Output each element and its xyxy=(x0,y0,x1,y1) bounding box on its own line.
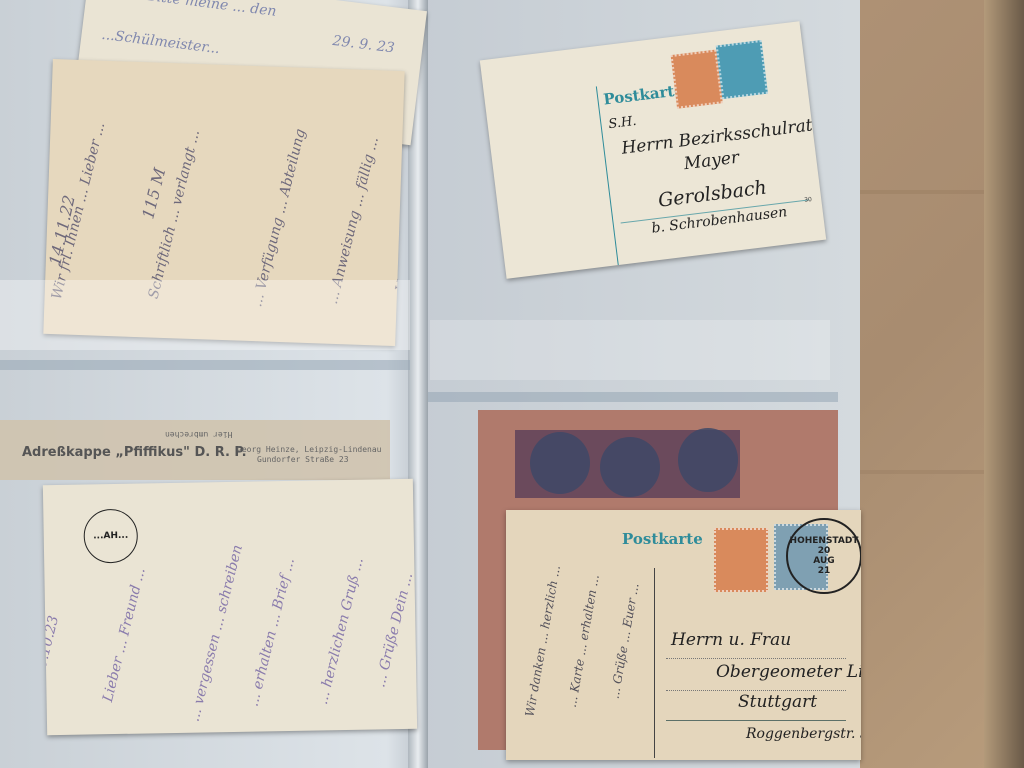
handwriting: ... Grüße ... Euer ... xyxy=(604,581,646,700)
handwriting: ... Grüße Dein ... xyxy=(369,570,417,689)
sleeve-divider xyxy=(0,360,410,370)
address-line: Roggenbergstr. 3 II xyxy=(746,726,861,742)
box-edge xyxy=(984,0,1024,768)
stamp-orange xyxy=(671,50,723,109)
address-underline xyxy=(666,720,846,721)
card-date: 29. 9. 23 xyxy=(331,30,396,59)
postmark xyxy=(530,432,590,494)
postkarte-title: Postkarte xyxy=(622,530,703,548)
address-line: Mayer xyxy=(683,148,740,175)
sleeve-glare xyxy=(0,280,410,350)
postmark: ...AH... xyxy=(83,509,138,564)
postcard-bottom-left: ...AH... 10.10.23 Lieber ... Freund ... … xyxy=(43,479,417,735)
label-publisher-line1: Georg Heinze, Leipzig-Lindenau xyxy=(237,445,382,455)
handwriting: Lieber ... Freund ... xyxy=(97,565,152,704)
postmark-year: 21 xyxy=(818,566,831,576)
address-line: Obergeometer Lieb xyxy=(716,662,861,682)
stamp-orange xyxy=(714,528,768,592)
handwriting: Wir danken ... herzlich ... xyxy=(519,563,567,718)
address-line: Stuttgart xyxy=(738,692,817,712)
divider-line xyxy=(596,86,619,265)
postkarte-title: Postkarte xyxy=(602,81,684,109)
label-title: Adreßkappe „Pfiffikus" D. R. P. xyxy=(22,445,247,460)
label-publisher: Georg Heinze, Leipzig-Lindenau Gundorfer… xyxy=(237,445,382,465)
sleeve-glare xyxy=(430,320,830,380)
postmark-town: HOHENSTADT xyxy=(790,536,859,546)
label-mirrored-text: Hier umbrechen xyxy=(165,430,232,439)
sleeve-divider xyxy=(428,392,838,402)
handwriting: ... Karte ... erhalten ... xyxy=(561,573,606,709)
address-line: S.H. xyxy=(608,114,638,132)
handwriting: Bitte meine ... den xyxy=(145,0,277,23)
label-publisher-line2: Gundorfer Straße 23 xyxy=(237,455,382,465)
handwriting: ... herzlichen Gruß ... xyxy=(312,555,370,707)
handwriting: ... erhalten ... Brief ... xyxy=(243,556,301,709)
postmark: HOHENSTADT 20 AUG 21 xyxy=(786,518,861,594)
postmark-month: AUG xyxy=(813,556,834,566)
postcard-bottom-right: Postkarte HOHENSTADT 20 AUG 21 Herrn u. … xyxy=(506,510,861,760)
dotted-line xyxy=(666,690,846,691)
postcard-top-right: Postkarte S.H. Herrn Bezirksschulrat May… xyxy=(480,21,826,279)
address-line: Herrn u. Frau xyxy=(671,630,791,650)
handwriting: ... vergessen ... schreiben xyxy=(184,542,249,724)
stamp-blue xyxy=(716,40,768,99)
handwriting: ...Schülmeister... xyxy=(100,24,221,60)
corner-number: 30 xyxy=(804,196,812,204)
postmark xyxy=(678,428,738,492)
postmark-day: 20 xyxy=(818,546,831,556)
dotted-line xyxy=(666,658,846,659)
postmark xyxy=(600,437,660,497)
divider-line xyxy=(654,568,655,758)
card-date: 10.10.23 xyxy=(43,613,65,679)
